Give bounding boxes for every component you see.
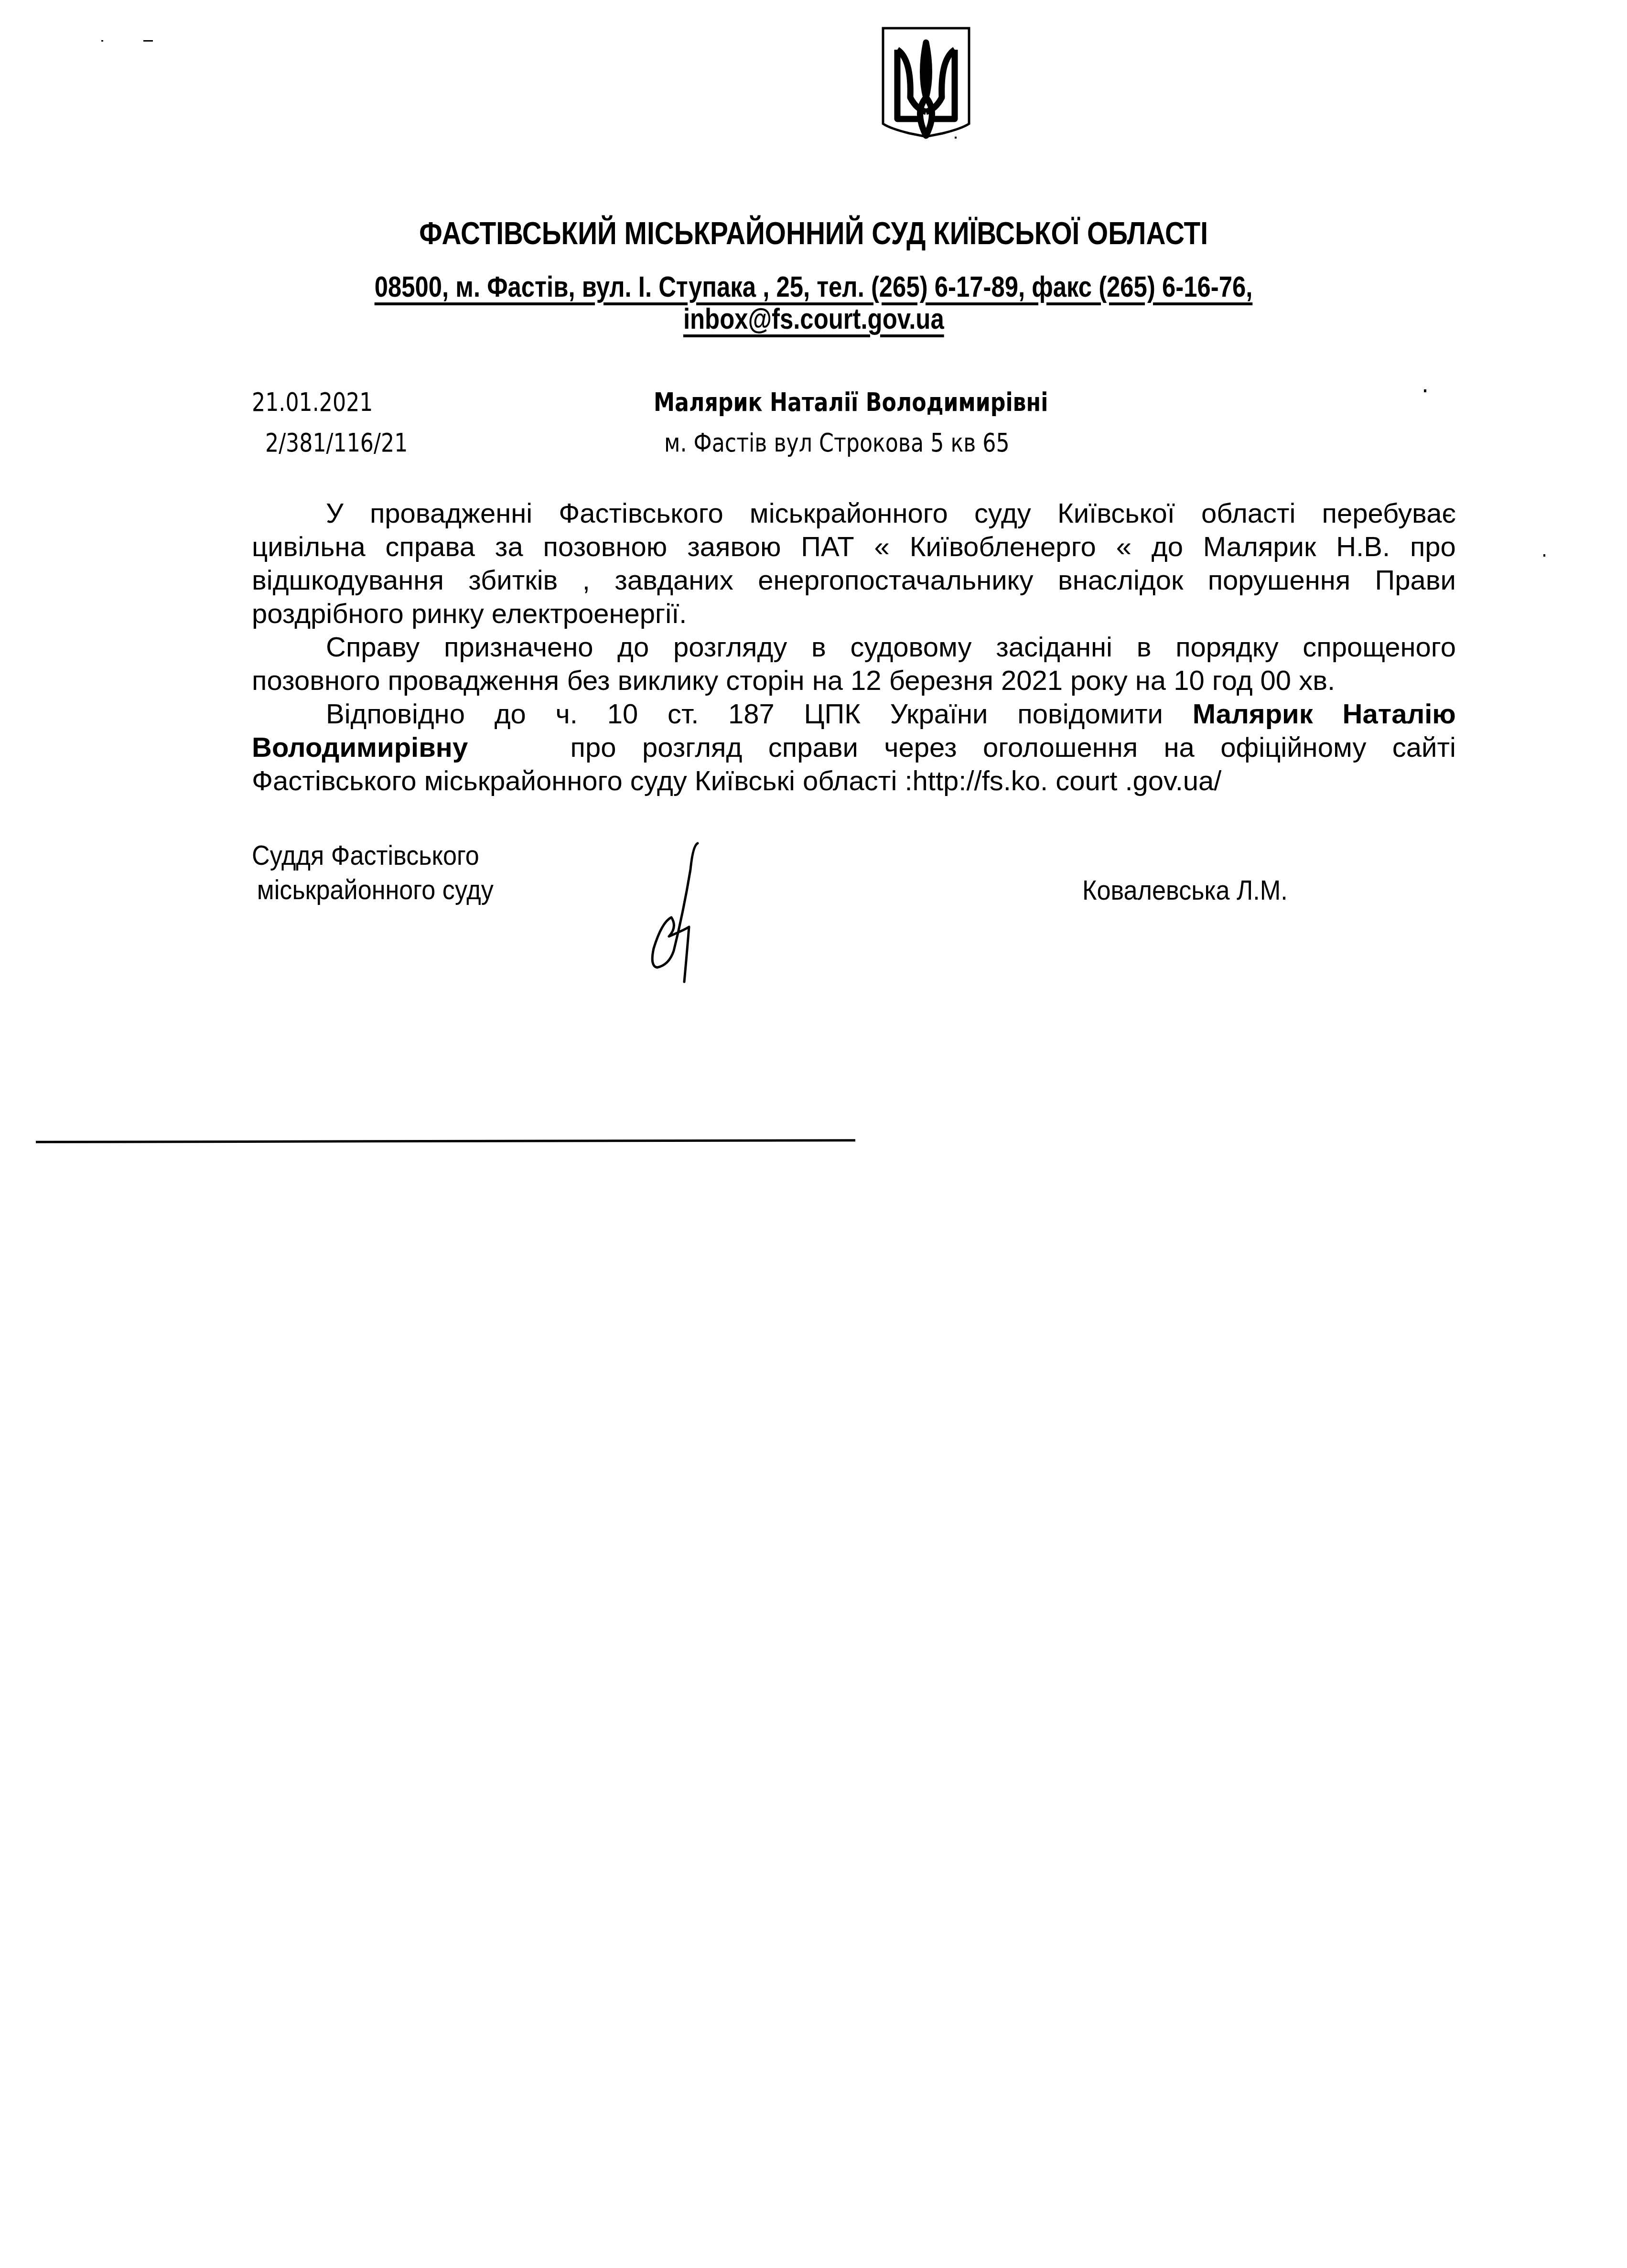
word: засіданні [996, 631, 1112, 664]
word: позовною [543, 530, 668, 564]
recipient-address: м. Фастів вул Строкова 5 кв 65 [664, 428, 1085, 458]
word: роздрібного ринку електроенергії. [252, 597, 687, 631]
court-notice-page: ФАСТІВСЬКИЙ МІСЬКРАЙОННИЙ СУД КИЇВСЬКОЇ … [0, 0, 1627, 2268]
word: спрощеного [1303, 631, 1456, 664]
paragraph-line: Фастівського міськрайонного суду Київськ… [252, 764, 1456, 798]
word: до [1152, 530, 1183, 564]
divider-line [36, 1139, 855, 1143]
paragraph-line: Справупризначенодорозглядувсудовомузасід… [326, 631, 1456, 664]
word: відшкодування [252, 564, 444, 597]
paragraph-line: роздрібного ринку електроенергії. [252, 597, 1456, 631]
word: збитків [468, 564, 558, 597]
word: судовому [850, 631, 971, 664]
word: в [811, 631, 826, 664]
word: України [890, 698, 988, 731]
bold-word: Малярик [1193, 698, 1313, 731]
word: провадженні [370, 497, 532, 530]
word: офіційному [1220, 731, 1366, 764]
word: порядку [1175, 631, 1279, 664]
paragraph-line: цивільнасправазапозовноюзаявоюПАТ«Київоб… [252, 530, 1456, 564]
paragraph-line: відшкодуваннязбитків,завданихенергопоста… [252, 564, 1456, 597]
word: області [1201, 497, 1295, 530]
court-email-link[interactable]: inbox@fs.court.gov.ua [0, 302, 1627, 336]
word: 187 [728, 698, 775, 731]
handwritten-signature-icon [621, 841, 717, 984]
paragraph-line: УпровадженніФастівськогоміськрайонногосу… [326, 497, 1456, 530]
scan-artifact [101, 40, 103, 42]
word: ч. [556, 698, 578, 731]
word: суду [974, 497, 1031, 530]
word: на [1164, 731, 1195, 764]
scan-artifact [1424, 389, 1426, 392]
word: про [571, 731, 616, 764]
word: міськрайонного [750, 497, 948, 530]
recipient-name: Малярик Наталії Володимирівні [654, 387, 1135, 417]
word: заявою [687, 530, 781, 564]
word: ПАТ [801, 530, 854, 564]
ukraine-trident-coat-of-arms-icon [881, 21, 971, 140]
word: в [1137, 631, 1152, 664]
word: про [1410, 530, 1456, 564]
word: цивільна [252, 530, 366, 564]
judge-name: Ковалевська Л.М. [1082, 874, 1311, 906]
word: завданих [614, 564, 733, 597]
scan-artifact [1543, 554, 1545, 557]
word: розгляд [642, 731, 742, 764]
court-name-heading: ФАСТІВСЬКИЙ МІСЬКРАЙОННИЙ СУД КИЇВСЬКОЇ … [0, 215, 1627, 251]
word: сайті [1392, 731, 1456, 764]
word: ст. [668, 698, 699, 731]
word: до [495, 698, 526, 731]
word: перебуває [1322, 497, 1456, 530]
word: розгляду [673, 631, 787, 664]
word: призначено [444, 631, 593, 664]
word: ЦПК [804, 698, 861, 731]
scan-artifact [955, 137, 957, 139]
word: « [874, 530, 890, 564]
judge-title: Суддя Фастівського міськрайонного суду [252, 838, 520, 907]
word: позовного провадження без виклику сторін… [252, 664, 1335, 698]
word: « [1116, 530, 1131, 564]
word: справа [386, 530, 475, 564]
word: Фастівського [559, 497, 723, 530]
word: Київської [1057, 497, 1175, 530]
word: Н.В. [1336, 530, 1390, 564]
case-number: 2/381/116/21 [265, 428, 439, 458]
bold-word: Наталію [1343, 698, 1456, 731]
word: Малярик [1203, 530, 1316, 564]
paragraph-line: Володимирівнупророзглядсправичерезоголош… [252, 731, 1456, 764]
paragraph-line: Відповіднодоч.10ст.187ЦПКУкраїниповідоми… [326, 698, 1456, 731]
word: повідомити [1017, 698, 1163, 731]
court-website-reference: Фастівського міськрайонного суду Київськ… [252, 764, 1221, 798]
bold-word: Володимирівну [252, 731, 468, 764]
word: енергопостачальнику [758, 564, 1034, 597]
word: внаслідок [1058, 564, 1183, 597]
scan-artifact [143, 40, 153, 42]
word: , [582, 564, 590, 597]
word: до [617, 631, 649, 664]
word: Відповідно [326, 698, 465, 731]
document-date: 21.01.2021 [252, 387, 399, 417]
word: Справу [326, 631, 420, 664]
word: Київобленерго [910, 530, 1096, 564]
paragraph-line: позовного провадження без виклику сторін… [252, 664, 1465, 698]
word: за [495, 530, 523, 564]
word: Прави [1375, 564, 1456, 597]
word: справи [768, 731, 858, 764]
word: оголошення [983, 731, 1138, 764]
word: 10 [607, 698, 638, 731]
word: через [884, 731, 957, 764]
word: У [326, 497, 344, 530]
word: порушення [1208, 564, 1351, 597]
court-address: 08500, м. Фастів, вул. І. Ступака , 25, … [0, 270, 1627, 304]
